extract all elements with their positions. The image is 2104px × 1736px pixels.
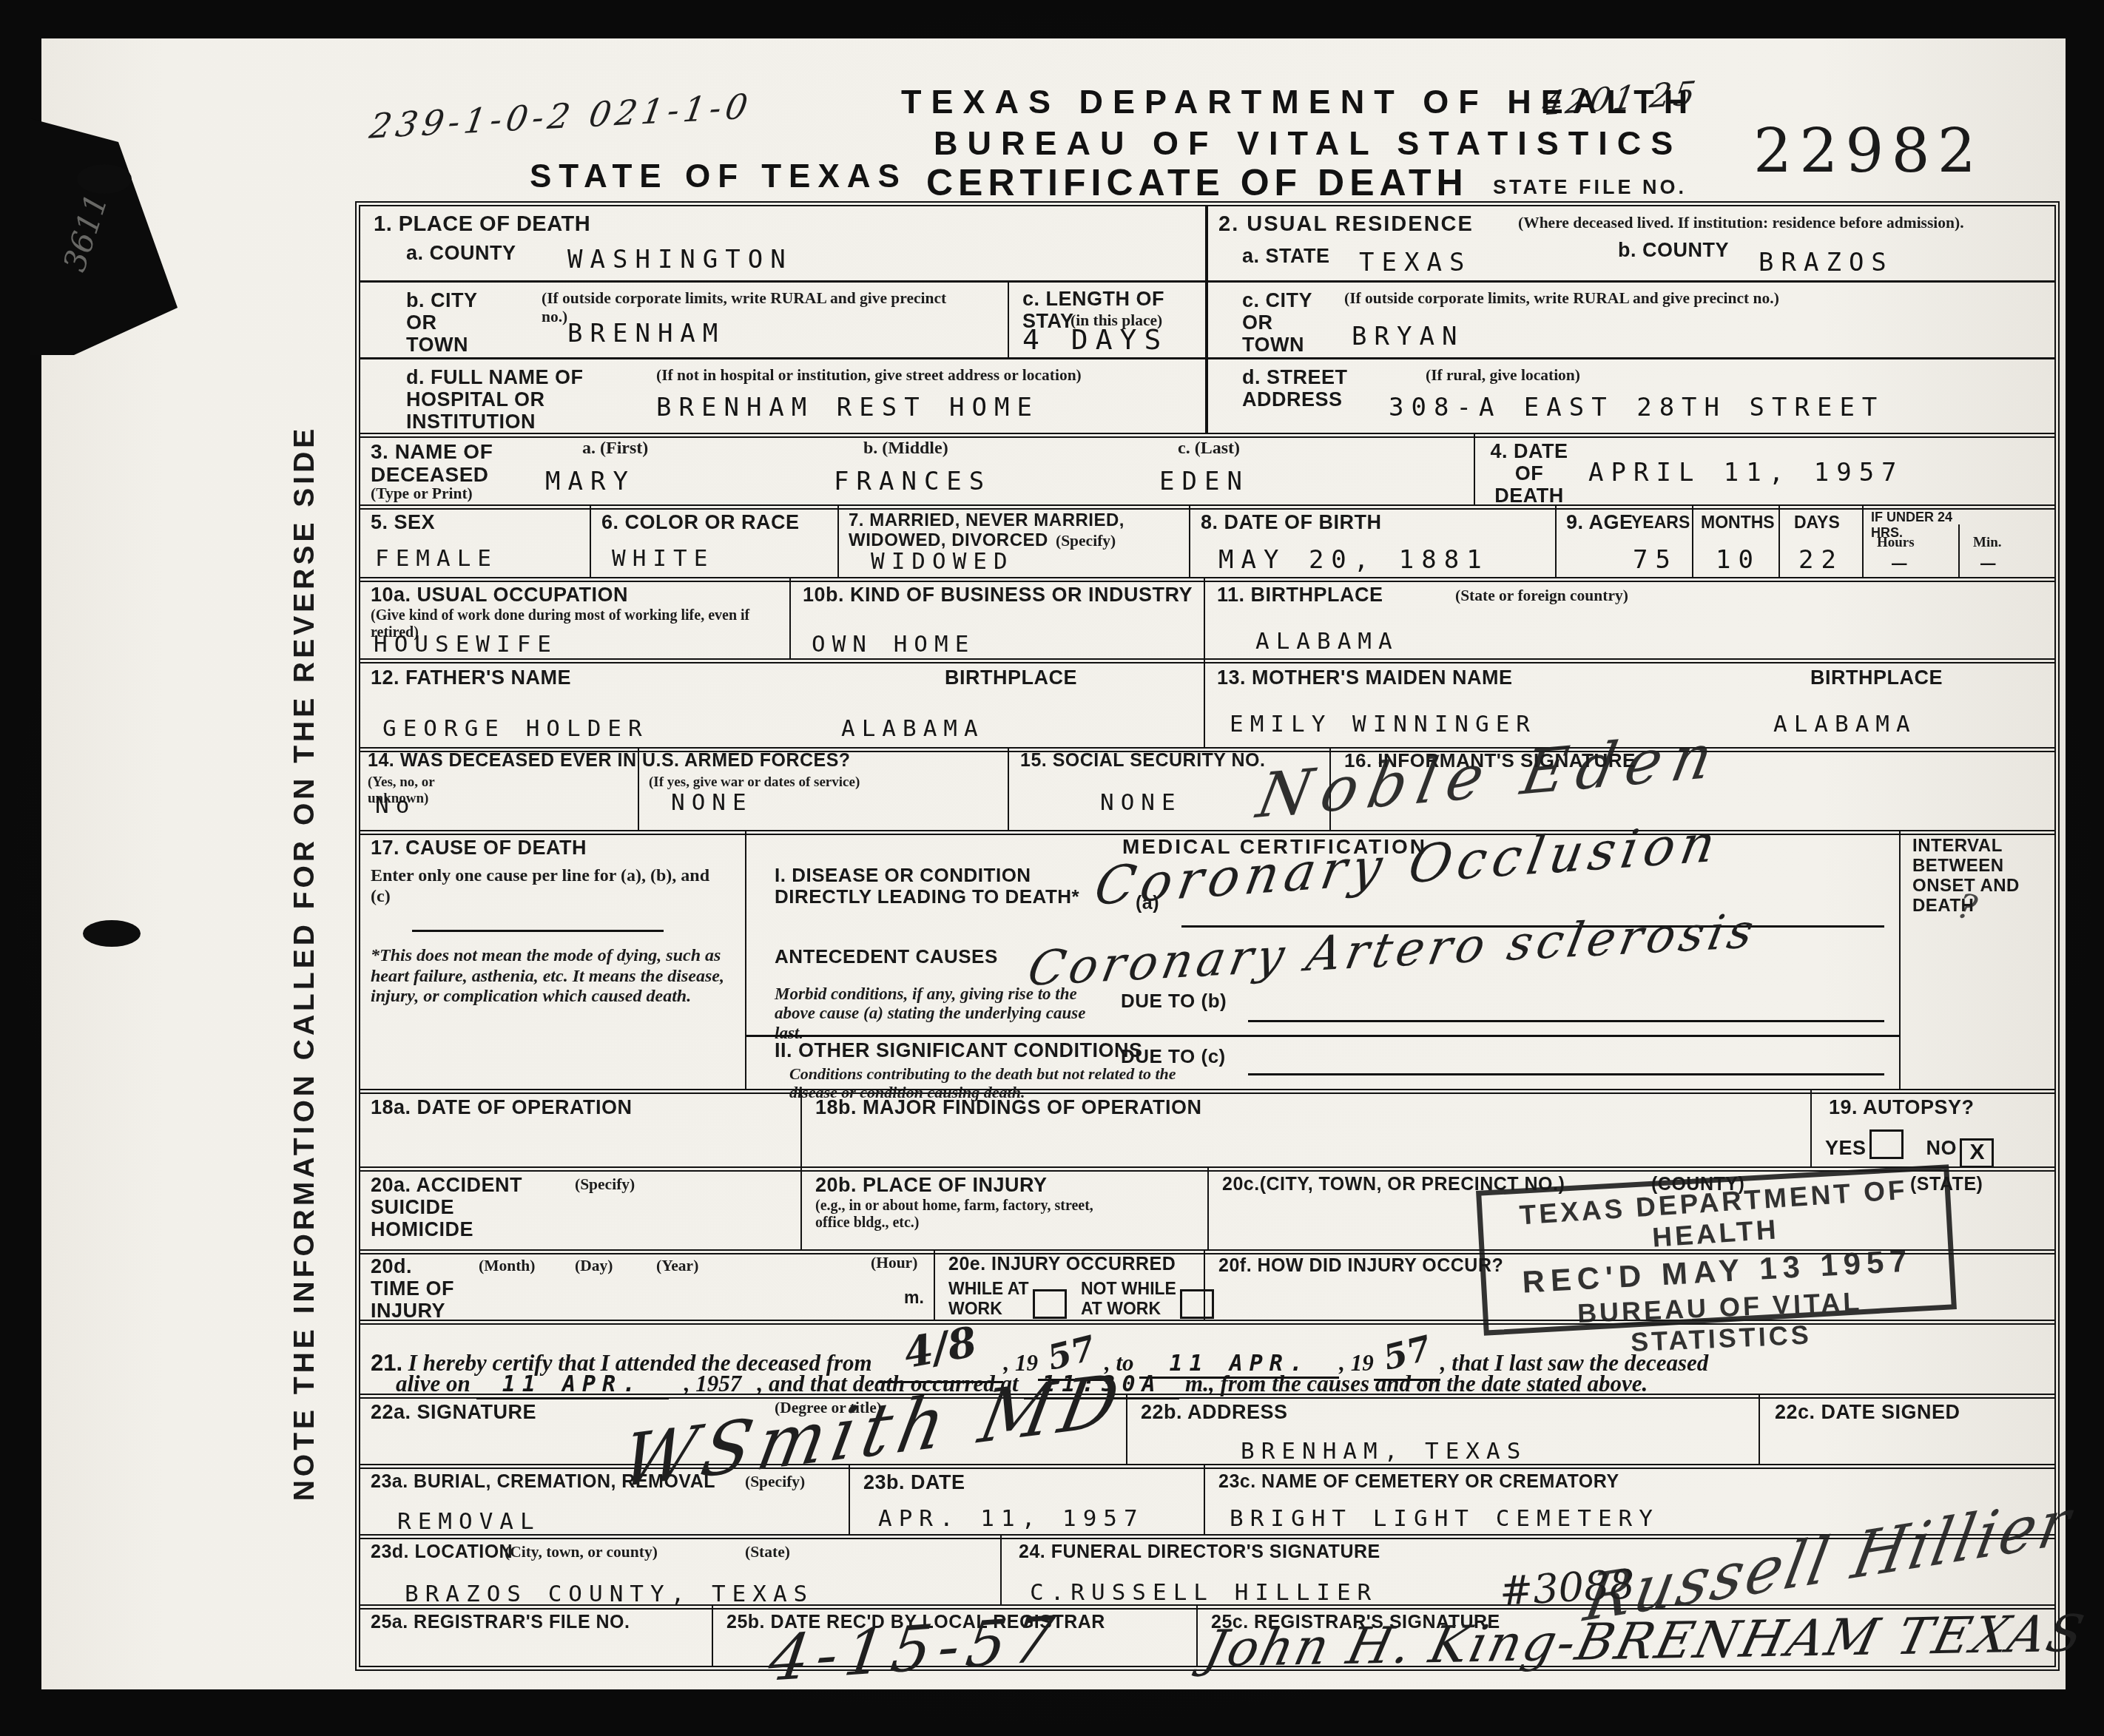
date-of-birth-label: 8. DATE OF BIRTH [1201, 511, 1382, 533]
residence-county-label: b. COUNTY [1618, 239, 1729, 261]
father-name-value[interactable]: GEORGE HOLDER [382, 715, 649, 742]
autopsy-no-checkbox[interactable]: X [1960, 1138, 1994, 1168]
hospital-note: (If not in hospital or institution, give… [656, 366, 1174, 385]
age-years-value[interactable]: 75 [1633, 545, 1678, 575]
marital-note: (Specify) [1056, 532, 1116, 550]
age-days-value[interactable]: 22 [1798, 545, 1844, 575]
first-name-value[interactable]: MARY [545, 467, 635, 496]
hole-punch [83, 920, 141, 947]
how-injury-occurred-label: 20f. HOW DID INJURY OCCUR? [1218, 1255, 1503, 1276]
birthplace-note: (State or foreign country) [1455, 587, 1628, 605]
not-while-at-work-label: NOT WHILEAT WORK [1081, 1279, 1177, 1319]
autopsy-no-label: NO [1926, 1137, 1957, 1159]
time-of-injury-label: 20d. TIME OF INJURY [371, 1255, 459, 1323]
autopsy-label: 19. AUTOPSY? [1829, 1096, 1975, 1118]
cemetery-value[interactable]: BRIGHT LIGHT CEMETERY [1230, 1505, 1659, 1532]
city-label: b. CITY OR TOWN [406, 289, 495, 357]
cemetery-label: 23c. NAME OF CEMETERY OR CREMATORY [1218, 1471, 1619, 1492]
accident-suicide-homicide-label: 20a. ACCIDENT SUICIDE HOMICIDE [371, 1174, 556, 1241]
length-of-stay-value[interactable]: 4 DAYS [1022, 323, 1168, 356]
major-findings-label: 18b. MAJOR FINDINGS OF OPERATION [815, 1096, 1202, 1118]
place-of-injury-note: (e.g., in or about home, farm, factory, … [815, 1198, 1126, 1232]
middle-name-value[interactable]: FRANCES [834, 467, 991, 496]
burial-location-state-note: (State) [745, 1543, 790, 1561]
physician-signature-label: 22a. SIGNATURE [371, 1401, 536, 1423]
other-significant-label: II. OTHER SIGNIFICANT CONDITIONS [775, 1039, 1143, 1061]
date-of-death-value[interactable]: APRIL 11, 1957 [1588, 458, 1904, 487]
physician-address-label: 22b. ADDRESS [1141, 1401, 1288, 1423]
usual-residence-note: (Where deceased lived. If institution: r… [1518, 214, 2051, 232]
age-months-label: MONTHS [1701, 513, 1775, 533]
due-to-b-label: DUE TO (b) [1121, 990, 1227, 1012]
residence-state-value[interactable]: TEXAS [1359, 248, 1471, 277]
race-label: 6. COLOR OR RACE [601, 511, 800, 533]
burial-location-label: 23d. LOCATION [371, 1541, 513, 1562]
date-of-death-label: 4. DATE OF DEATH [1488, 440, 1570, 507]
county-label: a. COUNTY [406, 242, 516, 264]
street-address-value[interactable]: 308-A EAST 28TH STREET [1389, 393, 1884, 422]
street-address-label: d. STREET ADDRESS [1242, 366, 1375, 411]
injury-hour-label: (Hour) [871, 1254, 917, 1272]
first-name-label: a. (First) [582, 439, 648, 459]
date-of-operation-label: 18a. DATE OF OPERATION [371, 1096, 633, 1118]
city-value[interactable]: BRENHAM [567, 319, 725, 348]
physician-address-value[interactable]: BRENHAM, TEXAS [1241, 1438, 1527, 1465]
hospital-label: d. FULL NAME OF HOSPITAL OR INSTITUTION [406, 366, 650, 433]
armed-forces-value[interactable]: No [375, 792, 416, 819]
cause-note2: *This does not mean the mode of dying, s… [371, 946, 726, 1007]
alive-on-blank[interactable]: 11 APR. [476, 1371, 669, 1399]
name-note: (Type or Print) [371, 484, 473, 503]
middle-name-label: b. (Middle) [863, 439, 948, 459]
injury-occurred-label: 20e. INJURY OCCURRED [948, 1254, 1176, 1274]
sex-value[interactable]: FEMALE [375, 545, 498, 572]
place-of-death-title: 1. PLACE OF DEATH [374, 212, 590, 236]
last-name-label: c. (Last) [1178, 439, 1240, 459]
disease-condition-label: I. DISEASE OR CONDITION DIRECTLY LEADING… [775, 865, 1130, 908]
business-value[interactable]: OWN HOME [812, 631, 975, 658]
while-at-work-checkbox[interactable] [1033, 1289, 1067, 1319]
age-months-value[interactable]: 10 [1716, 545, 1761, 575]
injury-day-label: (Day) [575, 1257, 613, 1275]
burial-date-label: 23b. DATE [863, 1471, 965, 1493]
header-state-of-texas: STATE OF TEXAS [530, 158, 907, 195]
place-of-injury-label: 20b. PLACE OF INJURY [815, 1174, 1048, 1196]
antecedent-causes-label: ANTECEDENT CAUSES [775, 946, 998, 967]
reverse-side-note: NOTE THE INFORMATION CALLED FOR ON THE R… [289, 408, 333, 1518]
armed-forces-note2: (If yes, give war or dates of service) [649, 774, 989, 791]
birthplace-label: 11. BIRTHPLACE [1217, 584, 1383, 606]
residence-city-value[interactable]: BRYAN [1352, 322, 1464, 351]
registrar-file-no-label: 25a. REGISTRAR'S FILE NO. [371, 1612, 630, 1632]
father-name-label: 12. FATHER'S NAME [371, 666, 571, 689]
cause-note1: Enter only one cause per line for (a), (… [371, 866, 718, 907]
residence-city-label: c. CITY OR TOWN [1242, 289, 1338, 357]
interval-label: INTERVAL BETWEEN ONSET AND DEATH [1912, 837, 2046, 916]
burial-removal-value[interactable]: REMOVAL [397, 1508, 541, 1535]
age-label: 9. AGE [1566, 511, 1633, 533]
street-address-note: (If rural, give location) [1426, 366, 1580, 385]
usual-residence-title: 2. USUAL RESIDENCE [1218, 212, 1474, 236]
race-value[interactable]: WHITE [612, 545, 714, 572]
age-years-label: YEARS [1631, 513, 1690, 533]
mother-birthplace-label: BIRTHPLACE [1810, 666, 1943, 689]
accident-specify-note: (Specify) [575, 1175, 635, 1194]
while-at-work-label: WHILE ATWORK [948, 1279, 1030, 1319]
funeral-director-value[interactable]: C.RUSSELL HILLIER [1030, 1579, 1378, 1606]
scanned-death-certificate: 3611 NOTE THE INFORMATION CALLED FOR ON … [0, 0, 2104, 1736]
attended-from-value: 4/8 [900, 1317, 980, 1378]
burial-location-value[interactable]: BRAZOS COUNTY, TEXAS [405, 1581, 814, 1607]
residence-state-label: a. STATE [1242, 245, 1330, 267]
age-hours-value[interactable]: – [1892, 548, 1914, 578]
autopsy-yes-checkbox[interactable] [1869, 1129, 1904, 1159]
birthplace-value[interactable]: ALABAMA [1255, 628, 1399, 655]
state-file-number: 22982 [1753, 117, 1983, 187]
armed-forces-label: 14. WAS DECEASED EVER IN U.S. ARMED FORC… [368, 750, 1004, 771]
armed-forces-service-value[interactable]: NONE [671, 789, 753, 816]
mother-name-value[interactable]: EMILY WINNINGER [1230, 711, 1537, 737]
sex-label: 5. SEX [371, 511, 435, 533]
burial-date-value[interactable]: APR. 11, 1957 [878, 1505, 1144, 1532]
residence-city-note: (If outside corporate limits, write RURA… [1344, 289, 1862, 308]
mother-name-label: 13. MOTHER'S MAIDEN NAME [1217, 666, 1512, 689]
injury-year-label: (Year) [656, 1257, 698, 1275]
business-label: 10b. KIND OF BUSINESS OR INDUSTRY [803, 584, 1202, 606]
date-signed-label: 22c. DATE SIGNED [1775, 1401, 1960, 1423]
injury-m-label: m. [904, 1288, 924, 1308]
alive-year: , 1957 [669, 1371, 758, 1397]
father-birthplace-value[interactable]: ALABAMA [841, 715, 985, 742]
alive-on-value: 11 APR. [502, 1371, 642, 1397]
injury-month-label: (Month) [479, 1257, 535, 1275]
date-of-birth-value[interactable]: MAY 20, 1881 [1218, 545, 1489, 575]
header-bureau: BUREAU OF VITAL STATISTICS [934, 124, 1682, 163]
cause-of-death-label: 17. CAUSE OF DEATH [371, 837, 587, 859]
occupation-label: 10a. USUAL OCCUPATION [371, 584, 628, 606]
burial-location-note: (City, town, or county) [505, 1543, 658, 1561]
hole-punch [77, 164, 132, 194]
autopsy-answer: YES NO X [1825, 1129, 1994, 1168]
residence-county-value[interactable]: BRAZOS [1759, 248, 1894, 277]
age-days-label: DAYS [1794, 513, 1840, 533]
hospital-value[interactable]: BRENHAM REST HOME [656, 393, 1039, 422]
occupation-value[interactable]: HOUSEWIFE [374, 631, 558, 658]
header-department: TEXAS DEPARTMENT OF HEALTH [901, 83, 1697, 121]
father-birthplace-label: BIRTHPLACE [945, 666, 1077, 689]
state-file-no-label: STATE FILE NO. [1493, 176, 1687, 198]
ssn-value[interactable]: NONE [1100, 789, 1182, 816]
name-of-deceased-label: 3. NAME OF DECEASED [371, 440, 504, 487]
county-value[interactable]: WASHINGTON [567, 245, 793, 274]
mother-birthplace-value[interactable]: ALABAMA [1773, 711, 1917, 737]
not-while-at-work-checkbox[interactable] [1180, 1289, 1214, 1319]
header-certificate-title: CERTIFICATE OF DEATH [926, 161, 1469, 204]
autopsy-yes-label: YES [1825, 1137, 1867, 1159]
marital-value[interactable]: WIDOWED [871, 548, 1014, 575]
age-min-value[interactable]: – [1980, 548, 2003, 578]
funeral-director-label: 24. FUNERAL DIRECTOR'S SIGNATURE [1019, 1541, 1380, 1562]
injury-occurred-while: WHILE ATWORK NOT WHILEAT WORK [948, 1279, 1214, 1319]
received-stamp: TEXAS DEPARTMENT OF HEALTH REC'D MAY 13 … [1476, 1164, 1957, 1335]
last-name-value[interactable]: EDEN [1159, 467, 1250, 496]
